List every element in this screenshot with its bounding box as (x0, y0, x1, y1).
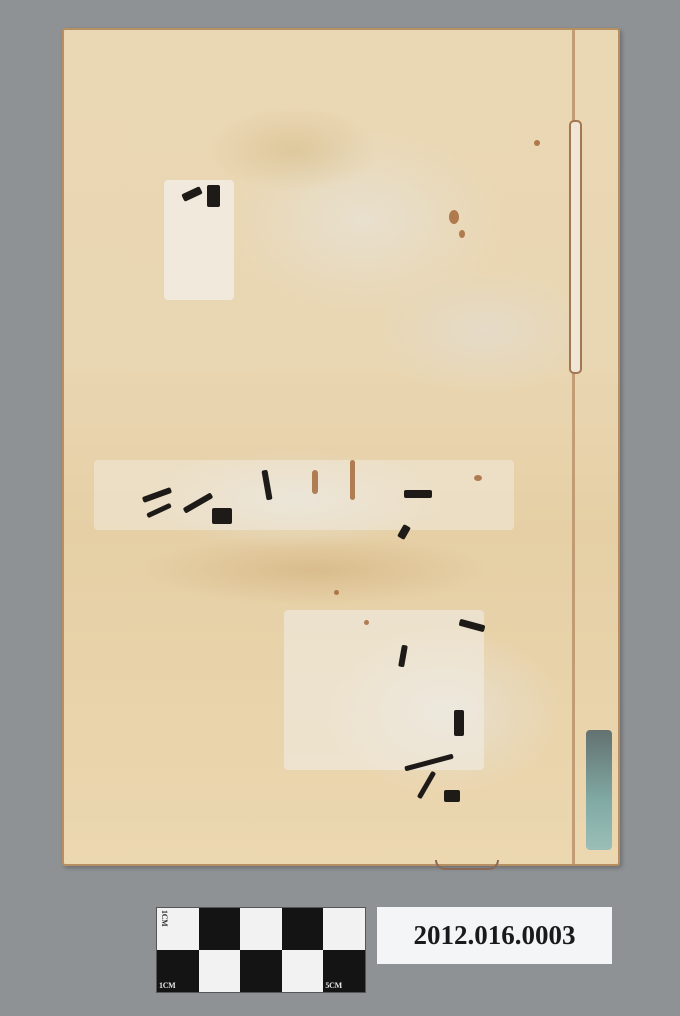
scale-cell: 1CM (157, 950, 199, 992)
rust-stain (364, 620, 369, 625)
rust-stain (534, 140, 540, 146)
spine-damage (586, 730, 612, 850)
rust-stain (449, 210, 459, 224)
scale-cell: 1CM (157, 908, 199, 950)
title-slip-strip (569, 120, 582, 374)
scale-label-1cm: 1CM (159, 981, 175, 990)
accession-number-label: 2012.016.0003 (377, 907, 612, 964)
scale-label-5cm: 5CM (325, 981, 341, 990)
rust-stain (334, 590, 339, 595)
scale-cell (323, 908, 365, 950)
scale-label-rotated: 1CM (160, 910, 169, 926)
scale-cell (199, 908, 241, 950)
scale-cell: 5CM (323, 950, 365, 992)
calligraphy-fragment (454, 710, 464, 736)
calligraphy-fragment (444, 790, 460, 802)
binding-string (435, 860, 499, 870)
rust-stain (350, 460, 355, 500)
rust-stain (474, 475, 482, 481)
scale-cell (240, 908, 282, 950)
scale-bar: 1CM 1CM 5CM (156, 907, 366, 993)
paper-patch (284, 610, 484, 770)
scale-cell (240, 950, 282, 992)
scale-cell (282, 908, 324, 950)
scale-cell (199, 950, 241, 992)
calligraphy-fragment (212, 508, 232, 524)
rust-stain (459, 230, 465, 238)
paper-patch (164, 180, 234, 300)
calligraphy-fragment (207, 185, 220, 207)
calligraphy-fragment (417, 771, 436, 799)
book-cover (62, 28, 620, 866)
scale-cell (282, 950, 324, 992)
calligraphy-fragment (404, 490, 432, 498)
rust-stain (312, 470, 318, 494)
